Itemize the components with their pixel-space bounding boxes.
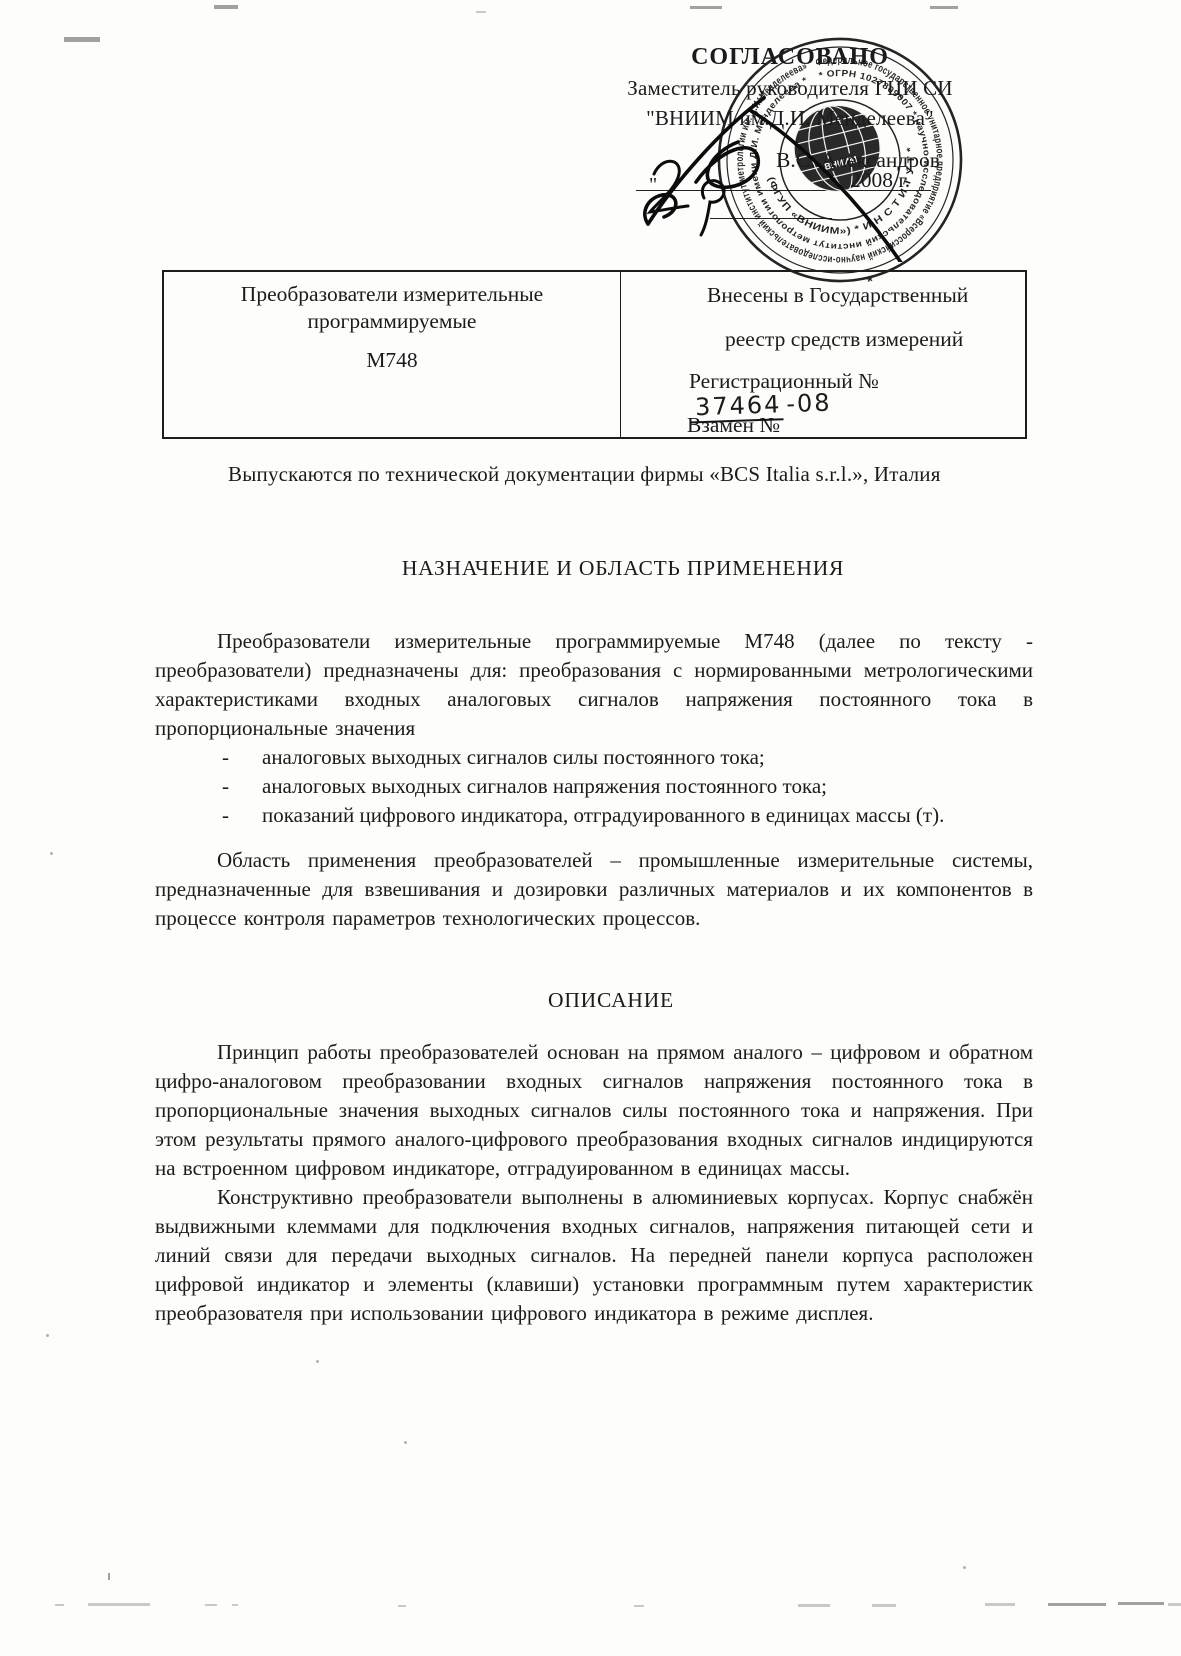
product-name-line-2: программируемые [164, 309, 620, 334]
description-section-body: Принцип работы преобразователей основан … [155, 1038, 1033, 1328]
scan-artifact [985, 1603, 1015, 1606]
scan-artifact [476, 11, 486, 13]
list-item-text: показаний цифрового индикатора, отградуи… [262, 803, 944, 827]
product-model: М748 [164, 348, 620, 373]
list-item: - аналоговых выходных сигналов напряжени… [155, 772, 1033, 801]
scan-artifact [404, 1441, 407, 1444]
list-item-text: аналоговых выходных сигналов напряжения … [262, 774, 827, 798]
issued-note: Выпускаются по технической документации … [228, 462, 941, 487]
scan-artifact [398, 1605, 406, 1607]
purpose-section-body: Преобразователи измерительные программир… [155, 627, 1033, 933]
document-page: СОГЛАСОВАНО Заместитель руководителя ГЦИ… [0, 0, 1181, 1656]
scan-artifact [634, 1605, 644, 1607]
list-item-text: аналоговых выходных сигналов силы постоя… [262, 745, 765, 769]
registry-cell: Внесены в Государственный реестр средств… [621, 272, 1025, 437]
scan-artifact [232, 1604, 238, 1606]
signature-scribble [600, 52, 980, 262]
registry-line-1: Внесены в Государственный [621, 272, 1025, 321]
registration-number-suffix: -08 [783, 389, 832, 419]
purpose-paragraph-1: Преобразователи измерительные программир… [155, 627, 1033, 743]
scan-artifact [963, 1566, 966, 1569]
description-paragraph-2: Конструктивно преобразователи выполнены … [155, 1183, 1033, 1328]
registration-number-row: Регистрационный № 37464-08 [621, 365, 1025, 407]
purpose-bullet-list: - аналоговых выходных сигналов силы пост… [155, 743, 1033, 830]
scan-artifact [108, 1573, 110, 1580]
scan-artifact [55, 1604, 64, 1606]
registration-number-value: 37464 [689, 390, 784, 423]
registry-line-2: реестр средств измерений [621, 321, 1025, 365]
section-description-heading: ОПИСАНИЕ [155, 988, 1033, 1013]
scan-artifact [88, 1603, 150, 1606]
scan-artifact [64, 37, 100, 42]
dash-marker: - [222, 801, 229, 830]
product-cell: Преобразователи измерительные программир… [164, 272, 621, 437]
list-item: - показаний цифрового индикатора, отград… [155, 801, 1033, 830]
scan-artifact [50, 852, 53, 855]
product-name-line-1: Преобразователи измерительные [164, 282, 620, 307]
dash-marker: - [222, 772, 229, 801]
scan-artifact [205, 1604, 217, 1606]
list-item: - аналоговых выходных сигналов силы пост… [155, 743, 1033, 772]
scan-artifact [1118, 1602, 1164, 1605]
scan-artifact [316, 1360, 319, 1363]
scan-artifact [872, 1604, 896, 1607]
scan-artifact [46, 1334, 49, 1337]
section-purpose-heading: НАЗНАЧЕНИЕ И ОБЛАСТЬ ПРИМЕНЕНИЯ [155, 556, 1033, 581]
registration-table: Преобразователи измерительные программир… [162, 270, 1027, 439]
registration-number-handwritten: 37464-08 [689, 389, 832, 422]
scan-artifact [1048, 1603, 1106, 1606]
scan-artifact [690, 6, 722, 9]
purpose-paragraph-2: Область применения преобразователей – пр… [155, 846, 1033, 933]
description-paragraph-1: Принцип работы преобразователей основан … [155, 1038, 1033, 1183]
scan-artifact [798, 1604, 830, 1607]
dash-marker: - [222, 743, 229, 772]
scan-artifact [1168, 1603, 1181, 1606]
scan-artifact [214, 5, 238, 9]
